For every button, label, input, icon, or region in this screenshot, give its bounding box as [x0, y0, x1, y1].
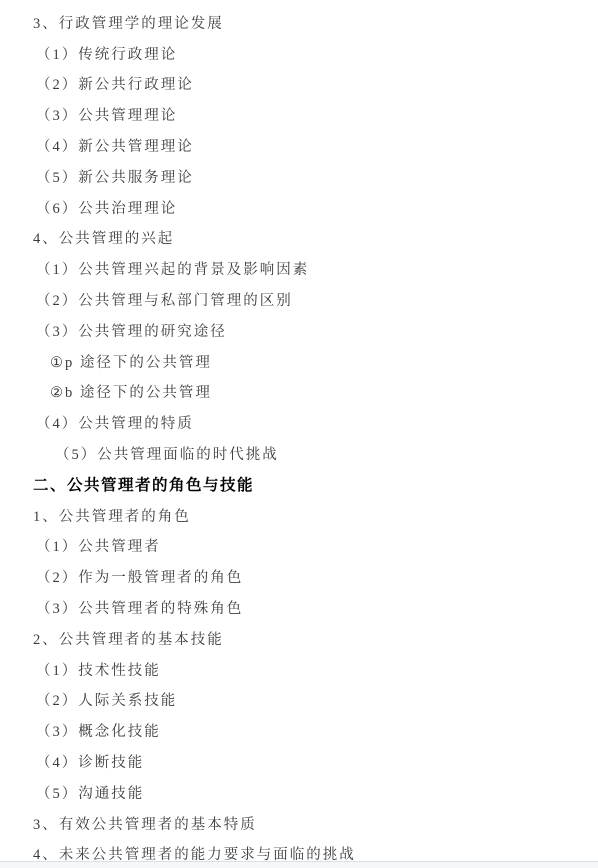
outline-line: （4）公共管理的特质 — [0, 407, 598, 438]
outline-line: （2）新公共行政理论 — [0, 69, 598, 100]
outline-line: ②b 途径下的公共管理 — [0, 377, 598, 408]
outline-line: （1）公共管理兴起的背景及影响因素 — [0, 253, 598, 284]
outline-line: 4、公共管理的兴起 — [0, 223, 598, 254]
outline-line: 1、公共管理者的角色 — [0, 500, 598, 531]
outline-line: （6）公共治理理论 — [0, 192, 598, 223]
outline-line: （3）公共管理者的特殊角色 — [0, 592, 598, 623]
outline-line: （2）作为一般管理者的角色 — [0, 561, 598, 592]
outline-line: （3）公共管理理论 — [0, 99, 598, 130]
outline-line: 3、有效公共管理者的基本特质 — [0, 808, 598, 839]
outline-line: 3、行政管理学的理论发展 — [0, 7, 598, 38]
outline-line: （2）人际关系技能 — [0, 685, 598, 716]
outline-line: （5）新公共服务理论 — [0, 161, 598, 192]
outline-line: （4）新公共管理理论 — [0, 130, 598, 161]
section-heading: 二、公共管理者的角色与技能 — [0, 469, 598, 500]
outline-line: （3）公共管理的研究途径 — [0, 315, 598, 346]
outline-line: （4）诊断技能 — [0, 746, 598, 777]
outline-line: （1）传统行政理论 — [0, 38, 598, 69]
outline-line: （5）沟通技能 — [0, 777, 598, 808]
outline-content: 3、行政管理学的理论发展 （1）传统行政理论 （2）新公共行政理论 （3）公共管… — [0, 0, 598, 868]
outline-line: （1）技术性技能 — [0, 654, 598, 685]
document-page: 3、行政管理学的理论发展 （1）传统行政理论 （2）新公共行政理论 （3）公共管… — [0, 0, 598, 868]
outline-line: 2、公共管理者的基本技能 — [0, 623, 598, 654]
outline-line: （2）公共管理与私部门管理的区别 — [0, 284, 598, 315]
outline-line: （1）公共管理者 — [0, 531, 598, 562]
page-break-divider — [0, 861, 598, 868]
outline-line: （5）公共管理面临的时代挑战 — [0, 438, 598, 469]
outline-line: ①p 途径下的公共管理 — [0, 346, 598, 377]
outline-line: （3）概念化技能 — [0, 715, 598, 746]
